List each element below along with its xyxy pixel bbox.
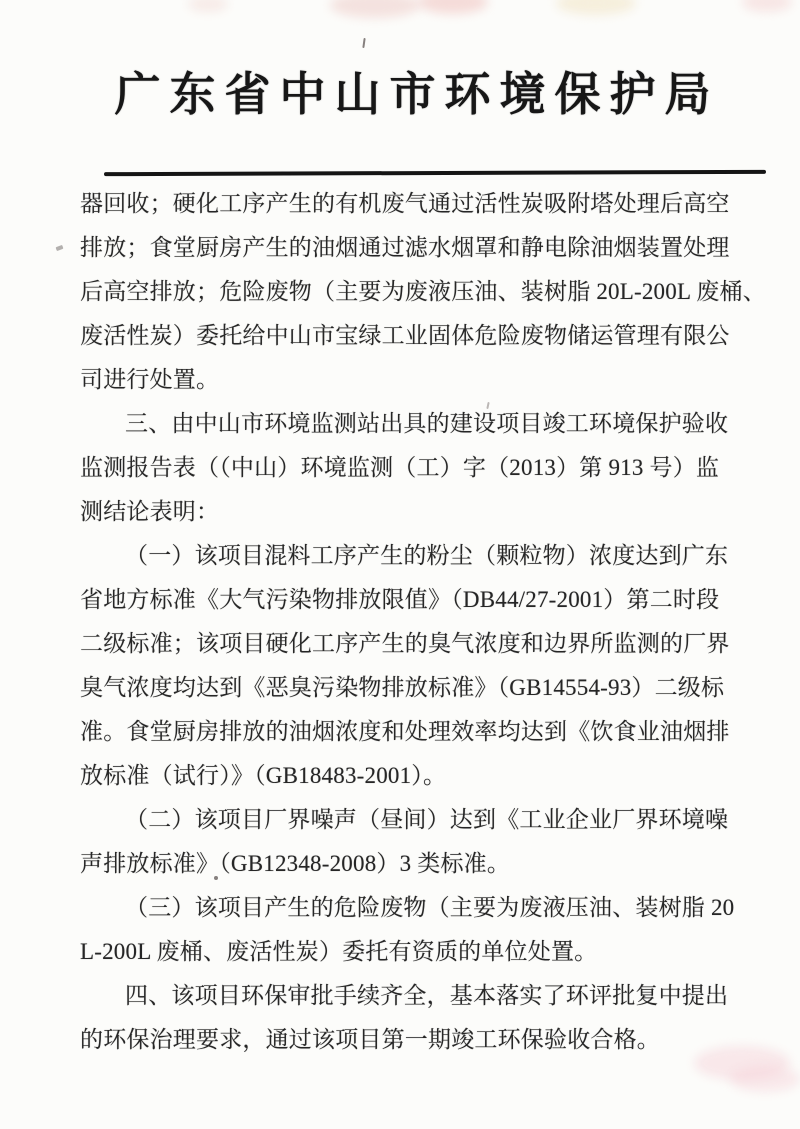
paragraph: 四、该项目环保审批手续齐全，基本落实了环评批复中提出 的环保治理要求，通过该项目…	[80, 974, 756, 1062]
text-line: 后高空排放；危险废物（主要为废液压油、装树脂 20L-200L 废桶、	[80, 270, 756, 314]
text-line: 臭气浓度均达到《恶臭污染物排放标准》（GB14554-93）二级标	[80, 666, 756, 710]
text-line: 准。食堂厨房排放的油烟浓度和处理效率均达到《饮食业油烟排	[80, 710, 756, 754]
scan-speck	[362, 38, 365, 48]
scan-smudge	[188, 0, 228, 12]
document-title: 广东省中山市环境保护局	[0, 70, 800, 121]
text-line: 四、该项目环保审批手续齐全，基本落实了环评批复中提出	[80, 974, 756, 1018]
scan-smudge	[556, 0, 636, 15]
text-line: 三、由中山市环境监测站出具的建设项目竣工环境保护验收	[80, 402, 756, 446]
header-rule	[104, 170, 766, 176]
text-line: 排放；食堂厨房产生的油烟通过滤水烟罩和静电除油烟装置处理	[80, 226, 756, 270]
scan-speck	[56, 245, 64, 251]
text-line: 司进行处置。	[80, 358, 756, 402]
text-line: 器回收；硬化工序产生的有机废气通过活性炭吸附塔处理后高空	[80, 182, 756, 226]
text-line: （二）该项目厂界噪声（昼间）达到《工业企业厂界环境噪	[80, 798, 756, 842]
text-line: （三）该项目产生的危险废物（主要为废液压油、装树脂 20	[80, 886, 756, 930]
text-line: （一）该项目混料工序产生的粉尘（颗粒物）浓度达到广东	[80, 534, 756, 578]
paragraph: （一）该项目混料工序产生的粉尘（颗粒物）浓度达到广东 省地方标准《大气污染物排放…	[80, 534, 756, 798]
text-line: 省地方标准《大气污染物排放限值》（DB44/27-2001）第二时段	[80, 578, 756, 622]
text-line: 声排放标准》（GB12348-2008）3 类标准。	[80, 842, 756, 886]
scan-smudge	[418, 0, 488, 14]
scan-smudge	[742, 0, 792, 12]
paragraph: 三、由中山市环境监测站出具的建设项目竣工环境保护验收 监测报告表（（中山）环境监…	[80, 402, 756, 534]
text-line: 二级标准；该项目硬化工序产生的臭气浓度和边界所监测的厂界	[80, 622, 756, 666]
scan-smudge	[730, 1066, 800, 1092]
paragraph: （三）该项目产生的危险废物（主要为废液压油、装树脂 20 L-200L 废桶、废…	[80, 886, 756, 974]
text-line: 监测报告表（（中山）环境监测（工）字（2013）第 913 号）监	[80, 446, 756, 490]
scan-smudge	[330, 0, 420, 18]
paragraph: 器回收；硬化工序产生的有机废气通过活性炭吸附塔处理后高空 排放；食堂厨房产生的油…	[80, 182, 756, 402]
text-line: 放标准（试行）》（GB18483-2001）。	[80, 754, 756, 798]
text-line: 废活性炭）委托给中山市宝绿工业固体危险废物储运管理有限公	[80, 314, 756, 358]
text-line: 测结论表明：	[80, 490, 756, 534]
text-line: 的环保治理要求，通过该项目第一期竣工环保验收合格。	[80, 1018, 756, 1062]
letter-body: 器回收；硬化工序产生的有机废气通过活性炭吸附塔处理后高空 排放；食堂厨房产生的油…	[80, 182, 756, 1062]
paragraph: （二）该项目厂界噪声（昼间）达到《工业企业厂界环境噪 声排放标准》（GB1234…	[80, 798, 756, 886]
scanned-letter-page: 广东省中山市环境保护局 器回收；硬化工序产生的有机废气通过活性炭吸附塔处理后高空…	[0, 0, 800, 1129]
text-line: L-200L 废桶、废活性炭）委托有资质的单位处置。	[80, 930, 756, 974]
